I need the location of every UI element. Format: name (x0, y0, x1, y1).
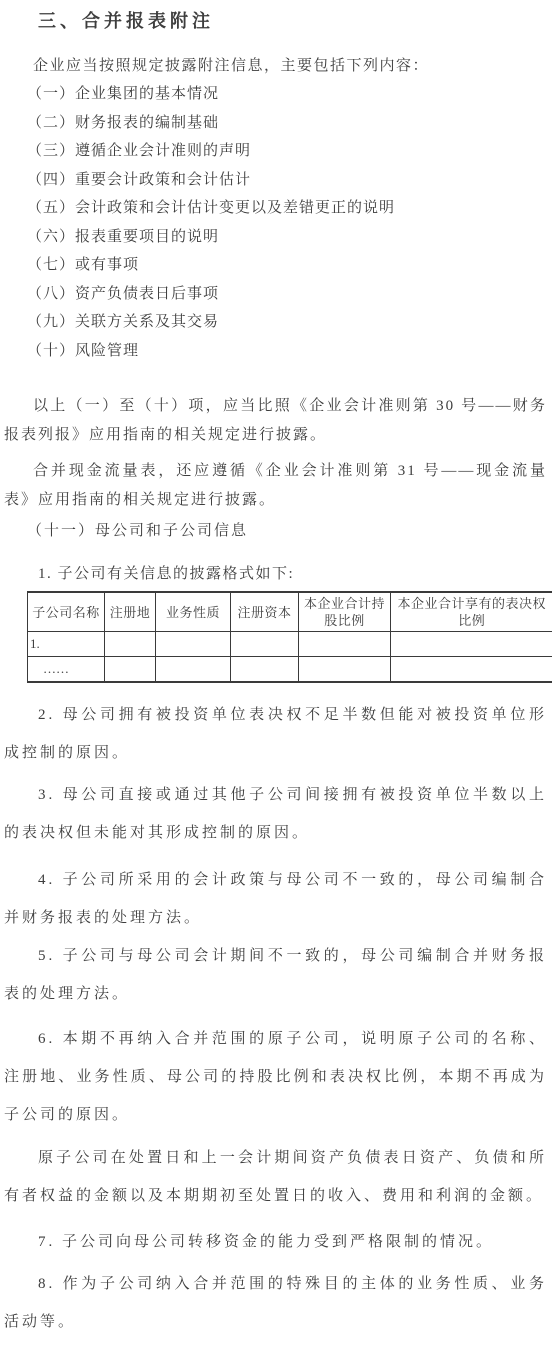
item-1-intro: 1. 子公司有关信息的披露格式如下: (38, 564, 546, 585)
table-row: …… (28, 657, 552, 683)
col-header-registered-place: 注册地 (105, 592, 156, 632)
col-header-subsidiary-name: 子公司名称 (28, 592, 105, 632)
empty-cell (391, 657, 552, 683)
paragraph-6: 6. 本期不再纳入合并范围的原子公司，说明原子公司的名称、注册地、业务性质、母公… (4, 1020, 547, 1134)
empty-cell (105, 657, 156, 683)
subsidiary-disclosure-table: 子公司名称 注册地 业务性质 注册资本 本企业合计持股比例 本企业合计享有的表决… (27, 591, 552, 683)
paragraph-standard-31: 合并现金流量表，还应遵循《企业会计准则第 31 号——现金流量表》应用指南的相关… (4, 457, 547, 515)
empty-cell (231, 657, 299, 683)
paragraph-4: 4. 子公司所采用的会计政策与母公司不一致的，母公司编制合并财务报表的处理方法。 (4, 861, 547, 937)
list-item-9: （九）关联方关系及其交易 (27, 312, 546, 334)
table-row: 1. (28, 632, 552, 657)
empty-cell (231, 632, 299, 657)
row-2-label: …… (28, 657, 105, 683)
empty-cell (299, 657, 391, 683)
empty-cell (156, 657, 231, 683)
list-item-1: （一）企业集团的基本情况 (27, 84, 546, 106)
col-header-registered-capital: 注册资本 (231, 592, 299, 632)
section-11-heading: （十一）母公司和子公司信息 (27, 520, 546, 543)
list-item-3: （三）遵循企业会计准则的声明 (27, 141, 546, 163)
row-1-label: 1. (28, 632, 105, 657)
doc-title: 三、合并报表附注 (38, 9, 548, 34)
list-item-4: （四）重要会计政策和会计估计 (27, 170, 546, 192)
list-item-8: （八）资产负债表日后事项 (27, 284, 546, 306)
paragraph-6-continued: 原子公司在处置日和上一会计期间资产负债表日资产、负债和所有者权益的金额以及本期期… (4, 1139, 547, 1215)
list-item-6: （六）报表重要项目的说明 (27, 227, 546, 249)
table-header-row: 子公司名称 注册地 业务性质 注册资本 本企业合计持股比例 本企业合计享有的表决… (28, 592, 552, 632)
document-page: 三、合并报表附注 企业应当按照规定披露附注信息，主要包括下列内容： （一）企业集… (0, 0, 552, 1364)
paragraph-8: 8. 作为子公司纳入合并范围的特殊目的主体的业务性质、业务活动等。 (4, 1265, 547, 1341)
paragraph-2: 2. 母公司拥有被投资单位表决权不足半数但能对被投资单位形成控制的原因。 (4, 696, 547, 772)
list-item-2: （二）财务报表的编制基础 (27, 113, 546, 135)
list-item-7: （七）或有事项 (27, 255, 546, 277)
empty-cell (391, 632, 552, 657)
empty-cell (156, 632, 231, 657)
disclosure-item-list: （一）企业集团的基本情况 （二）财务报表的编制基础 （三）遵循企业会计准则的声明… (0, 84, 552, 362)
intro-paragraph: 企业应当按照规定披露附注信息，主要包括下列内容： (33, 55, 546, 77)
empty-cell (299, 632, 391, 657)
paragraph-standard-30: 以上（一）至（十）项，应当比照《企业会计准则第 30 号——财务报表列报》应用指… (4, 392, 547, 450)
col-header-business-nature: 业务性质 (156, 592, 231, 632)
col-header-shareholding-ratio: 本企业合计持股比例 (299, 592, 391, 632)
paragraph-7: 7. 子公司向母公司转移资金的能力受到严格限制的情况。 (4, 1223, 547, 1261)
list-item-10: （十）风险管理 (27, 341, 546, 363)
col-header-voting-rights-ratio: 本企业合计享有的表决权比例 (391, 592, 552, 632)
paragraph-3: 3. 母公司直接或通过其他子公司间接拥有被投资单位半数以上的表决权但未能对其形成… (4, 776, 547, 852)
empty-cell (105, 632, 156, 657)
paragraph-5: 5. 子公司与母公司会计期间不一致的，母公司编制合并财务报表的处理方法。 (4, 937, 547, 1013)
list-item-5: （五）会计政策和会计估计变更以及差错更正的说明 (27, 198, 546, 220)
